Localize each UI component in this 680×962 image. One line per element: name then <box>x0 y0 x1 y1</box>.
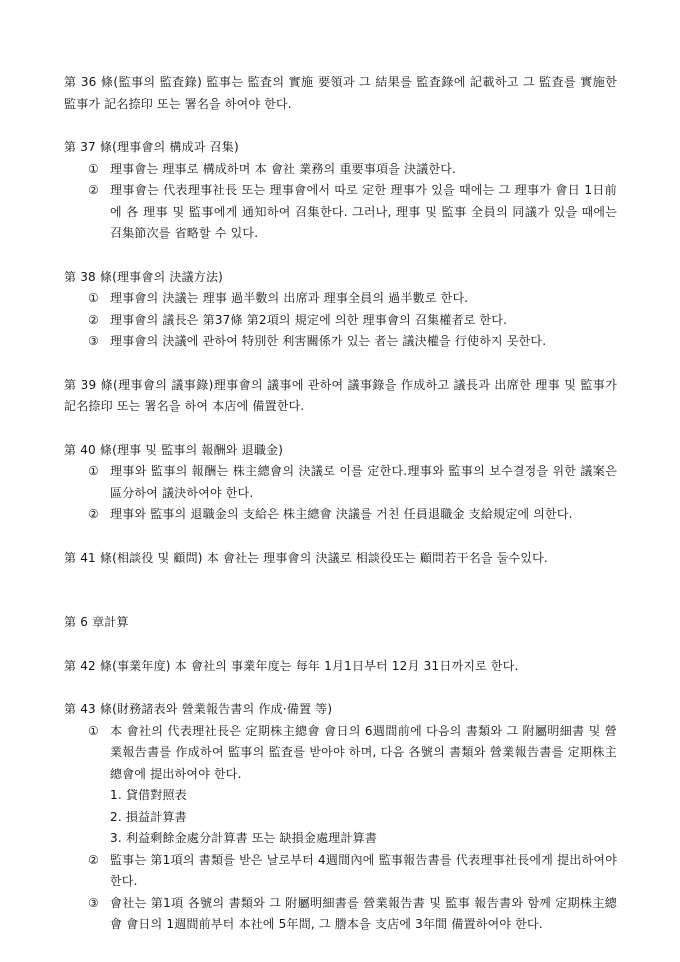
article-paragraph: 第 41 條(相談役 및 顧問) 本 會社는 理事會의 決議로 相談役또는 顧問… <box>64 548 617 570</box>
article-heading-text: 第 37 條(理事會의 構成과 召集) <box>64 137 617 159</box>
clause-number-marker: ① <box>88 461 110 504</box>
clause: ③會社는 第1項 各號의 書類와 그 附屬明細書를 營業報告書 및 監事 報告書… <box>64 893 617 936</box>
clause-number-marker: ② <box>88 504 110 526</box>
article-paragraph-text: 第 39 條(理事會의 議事錄)理事會의 議事에 관하여 議事錄을 作成하고 議… <box>64 375 617 418</box>
article-paragraph-text: 第 41 條(相談役 및 顧問) 本 會社는 理事會의 決議로 相談役또는 顧問… <box>64 548 617 570</box>
article-heading-text: 第 38 條(理事會의 決議方法) <box>64 267 617 289</box>
document-page: 第 36 條(監事의 監査錄) 監事는 監査의 實施 要領과 그 結果를 監査錄… <box>0 0 680 962</box>
article-heading-text: 第 43 條(財務諸表와 營業報告書의 作成·備置 等) <box>64 699 617 721</box>
article-heading-text: 第 40 條(理事 및 監事의 報酬와 退職金) <box>64 440 617 462</box>
clause: ③理事會의 決議에 관하여 特別한 利害關係가 있는 者는 議決權을 行使하지 … <box>64 331 617 353</box>
numbered-list-item: 3. 利益剩餘金處分計算書 또는 缺損金處理計算書 <box>64 828 617 850</box>
clause-text: 理事會는 代表理事社長 또는 理事會에서 따로 定한 理事가 있을 때에는 그 … <box>110 180 617 245</box>
clause-number-marker: ③ <box>88 331 110 353</box>
clause-number-marker: ③ <box>88 893 110 936</box>
clause-number-marker: ② <box>88 180 110 245</box>
clause-text: 監事는 第1項의 書類를 받은 날로부터 4週間內에 監事報告書를 代表理事社長… <box>110 850 617 893</box>
numbered-list-item: 1. 貸借對照表 <box>64 785 617 807</box>
clause-number-marker: ② <box>88 310 110 332</box>
clause-number-marker: ② <box>88 850 110 893</box>
clause-text: 理事會는 理事로 構成하며 本 會社 業務의 重要事項을 決議한다. <box>110 159 617 181</box>
article-heading: 第 40 條(理事 및 監事의 報酬와 退職金) <box>64 440 617 462</box>
clause: ②理事와 監事의 退職金의 支給은 株主總會 決議를 거친 任員退職金 支給規定… <box>64 504 617 526</box>
clause: ①理事와 監事의 報酬는 株主總會의 決議로 이를 定한다.理事와 監事의 보수… <box>64 461 617 504</box>
article-paragraph-text: 第 36 條(監事의 監査錄) 監事는 監査의 實施 要領과 그 結果를 監査錄… <box>64 72 617 115</box>
article-paragraph-text: 第 42 條(事業年度) 本 會社의 事業年度는 每年 1月1日부터 12月 3… <box>64 656 617 678</box>
clause-text: 理事와 監事의 退職金의 支給은 株主總會 決議를 거친 任員退職金 支給規定에… <box>110 504 617 526</box>
clause-text: 理事會의 決議는 理事 過半數의 出席과 理事全員의 過半數로 한다. <box>110 288 617 310</box>
article-heading: 第 43 條(財務諸表와 營業報告書의 作成·備置 等) <box>64 699 617 721</box>
numbered-list-item-text: 1. 貸借對照表 <box>110 785 617 807</box>
article-heading: 第 38 條(理事會의 決議方法) <box>64 267 617 289</box>
clause: ②監事는 第1項의 書類를 받은 날로부터 4週間內에 監事報告書를 代表理事社… <box>64 850 617 893</box>
numbered-list-item-text: 2. 損益計算書 <box>110 807 617 829</box>
numbered-list-item: 2. 損益計算書 <box>64 807 617 829</box>
article-paragraph: 第 42 條(事業年度) 本 會社의 事業年度는 每年 1月1日부터 12月 3… <box>64 656 617 678</box>
clause-number-marker: ① <box>88 721 110 786</box>
clause: ②理事會의 議長은 第37條 第2項의 規定에 의한 理事會의 召集權者로 한다… <box>64 310 617 332</box>
clause-text: 本 會社의 代表理社長은 定期株主總會 會日의 6週間前에 다음의 書類와 그 … <box>110 721 617 786</box>
clause: ①理事會의 決議는 理事 過半數의 出席과 理事全員의 過半數로 한다. <box>64 288 617 310</box>
clause-number-marker: ① <box>88 288 110 310</box>
clause: ①本 會社의 代表理社長은 定期株主總會 會日의 6週間前에 다음의 書類와 그… <box>64 721 617 786</box>
article-heading: 第 37 條(理事會의 構成과 召集) <box>64 137 617 159</box>
document-body: 第 36 條(監事의 監査錄) 監事는 監査의 實施 要領과 그 結果를 監査錄… <box>64 72 617 936</box>
clause: ①理事會는 理事로 構成하며 本 會社 業務의 重要事項을 決議한다. <box>64 159 617 181</box>
article-paragraph: 第 36 條(監事의 監査錄) 監事는 監査의 實施 要領과 그 結果를 監査錄… <box>64 72 617 115</box>
clause-text: 理事와 監事의 報酬는 株主總會의 決議로 이를 定한다.理事와 監事의 보수결… <box>110 461 617 504</box>
clause-number-marker: ① <box>88 159 110 181</box>
chapter-heading-text: 第 6 章計算 <box>64 612 617 634</box>
clause-text: 理事會의 議長은 第37條 第2項의 規定에 의한 理事會의 召集權者로 한다. <box>110 310 617 332</box>
article-paragraph: 第 39 條(理事會의 議事錄)理事會의 議事에 관하여 議事錄을 作成하고 議… <box>64 375 617 418</box>
clause: ②理事會는 代表理事社長 또는 理事會에서 따로 定한 理事가 있을 때에는 그… <box>64 180 617 245</box>
clause-text: 會社는 第1項 各號의 書類와 그 附屬明細書를 營業報告書 및 監事 報告書와… <box>110 893 617 936</box>
numbered-list-item-text: 3. 利益剩餘金處分計算書 또는 缺損金處理計算書 <box>110 828 617 850</box>
clause-text: 理事會의 決議에 관하여 特別한 利害關係가 있는 者는 議決權을 行使하지 못… <box>110 331 617 353</box>
chapter-heading: 第 6 章計算 <box>64 612 617 634</box>
